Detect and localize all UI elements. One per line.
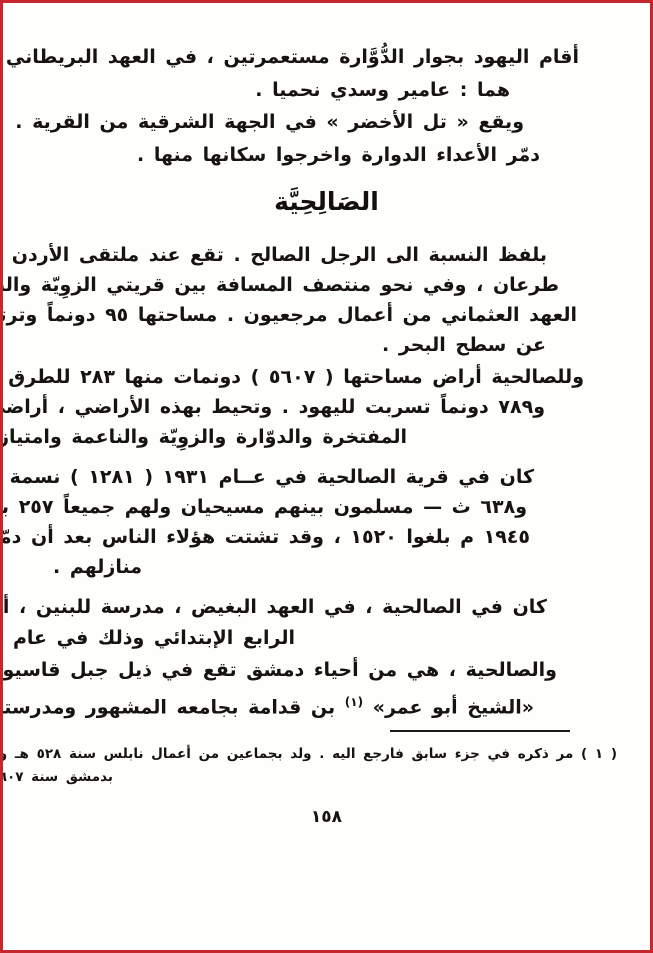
text-line: منازلهم . [53,553,142,581]
text-line: العهد العثماني من أعمال مرجعيون . مساحته… [0,301,577,329]
text-line: المفتخرة والدوّارة والزوِيّة والناعمة وا… [0,423,407,451]
footnote-line: بدمشق سنة ٦٠٧ هـ . [0,767,113,787]
citation-text: بن قدامة بجامعه المشهور ومدرسته ( مدرسة … [0,696,335,718]
footnote-marker: (١) [345,695,363,709]
text-line: و٦٣٨ ث — مسلمون بينهم مسيحيان ولهم جميعا… [0,493,527,521]
text-line: دمّر الأعداء الدوارة واخرجوا سكانها منها… [137,141,540,169]
text-line: أقام اليهود بجوار الدُّوَّارة مستعمرتين … [0,43,579,71]
text-line: طرعان ، وفي نحو منتصف المسافة بين قريتي … [0,271,559,299]
text-line: كان في الصالحية ، في العهد البغيض ، مدرس… [0,593,547,621]
text-line: «الشيخ أبو عمر» (١) بن قدامة بجامعه المش… [0,688,534,721]
text-line: عن سطح البحر . [382,331,546,359]
text-line: ويقع « تل الأخضر » في الجهة الشرقية من ا… [15,108,524,136]
section-heading: الصَالِحِيَّة [3,187,650,216]
page-number: ١٥٨ [3,807,650,827]
text-line: هما : عامير وسدي نحميا . [255,76,510,104]
text-line: والصالحية ، هي من أحياء دمشق تقع في ذيل … [0,656,557,684]
text-line: الرابع الإبتدائي وذلك في عام ١٩٤٢ — ١٩٤٣… [0,624,295,652]
text-line: ١٩٤٥ م بلغوا ١٥٢٠ ، وقد تشتت هؤلاء الناس… [0,523,530,551]
book-page: أقام اليهود بجوار الدُّوَّارة مستعمرتين … [0,0,653,953]
footnote-separator [390,730,570,732]
citation-text: «الشيخ أبو عمر» [373,696,534,718]
text-line: وللصالحية أراض مساحتها ( ٥٦٠٧ ) دونمات م… [0,363,584,391]
text-line: و٧٨٩ دونماً تسربت لليهود . وتحيط بهذه ال… [0,393,545,421]
text-line: بلفظ النسبة الى الرجل الصالح . تقع عند م… [0,241,547,269]
text-line: كان في قرية الصالحية في عــام ١٩٣١ ( ١٢٨… [0,463,534,491]
footnote-line: ( ١ ) مر ذكره في جزء سابق فارجع اليه . و… [0,744,617,764]
